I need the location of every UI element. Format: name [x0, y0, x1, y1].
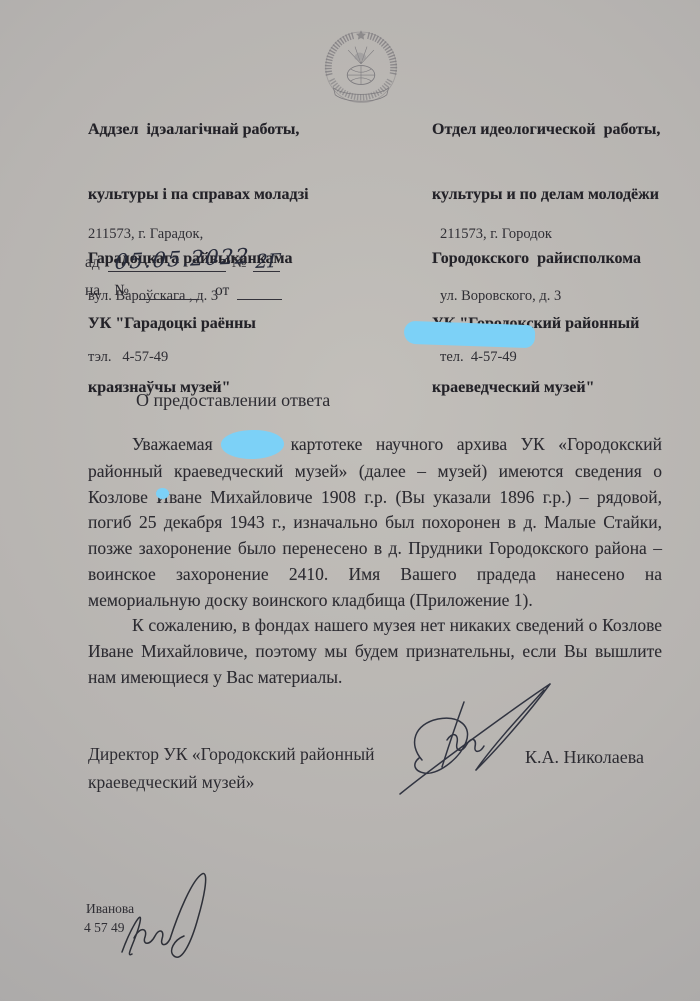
address-line: 211573, г. Гарадок, [88, 224, 218, 245]
signoff-title-line: Директор УК «Городокский районный [88, 740, 418, 768]
ref-out-label: ад [85, 254, 100, 272]
letter-body: Уважаемаякартотеке научного архива УК «Г… [88, 430, 662, 690]
address-line: тел. 4-57-49 [440, 347, 561, 368]
executor-signature-scribble [112, 866, 212, 971]
paragraph-1: Уважаемаякартотеке научного архива УК «Г… [88, 430, 662, 613]
reference-block: ад 05.05.2022 № 2Г на № от [85, 246, 282, 300]
letterhead-right-address: 211573, г. Городок ул. Воровского, д. 3 … [440, 183, 561, 409]
stray-marker-dot [156, 488, 169, 499]
address-line: ул. Воровского, д. 3 [440, 286, 561, 307]
marker-stroke-redaction [404, 321, 536, 349]
signoff-name: К.А. Николаева [525, 747, 644, 768]
subject-line: О предоставлении ответа [136, 390, 330, 411]
paragraph-1-rest: картотеке научного архива УК «Городокски… [88, 434, 662, 610]
org-line: Аддзел ідэалагічнай работы, [88, 119, 338, 141]
ref-in-label: на [85, 282, 100, 300]
address-line: 211573, г. Городок [440, 224, 561, 245]
address-line: тэл. 4-57-49 [88, 347, 218, 368]
signoff-title: Директор УК «Городокский районный краеве… [88, 740, 418, 796]
org-line: Отдел идеологической работы, [432, 119, 682, 141]
ref-out-no-line: 2Г [253, 253, 280, 272]
ref-in-date-line [237, 281, 282, 300]
paragraph-2: К сожалению, в фондах нашего музея нет н… [88, 613, 662, 690]
ref-incoming-row: на № от [85, 274, 282, 300]
scanned-letter-page: Аддзел ідэалагічнай работы, культуры і п… [0, 0, 700, 1001]
paragraph-1-start: Уважаемая [132, 434, 213, 454]
ref-out-date-line: 05.05.2022 [108, 253, 226, 272]
ref-outgoing-row: ад 05.05.2022 № 2Г [85, 246, 282, 272]
handwritten-number: 2Г [255, 250, 281, 273]
director-signature [392, 672, 562, 802]
ref-in-from-label: от [215, 282, 229, 300]
ref-in-no-label: № [114, 282, 129, 300]
ref-in-no-line [139, 281, 199, 300]
word-redaction-blob [220, 429, 284, 460]
handwritten-date: 05.05.2022 [114, 244, 251, 274]
signoff-title-line: краеведческий музей» [88, 768, 418, 796]
